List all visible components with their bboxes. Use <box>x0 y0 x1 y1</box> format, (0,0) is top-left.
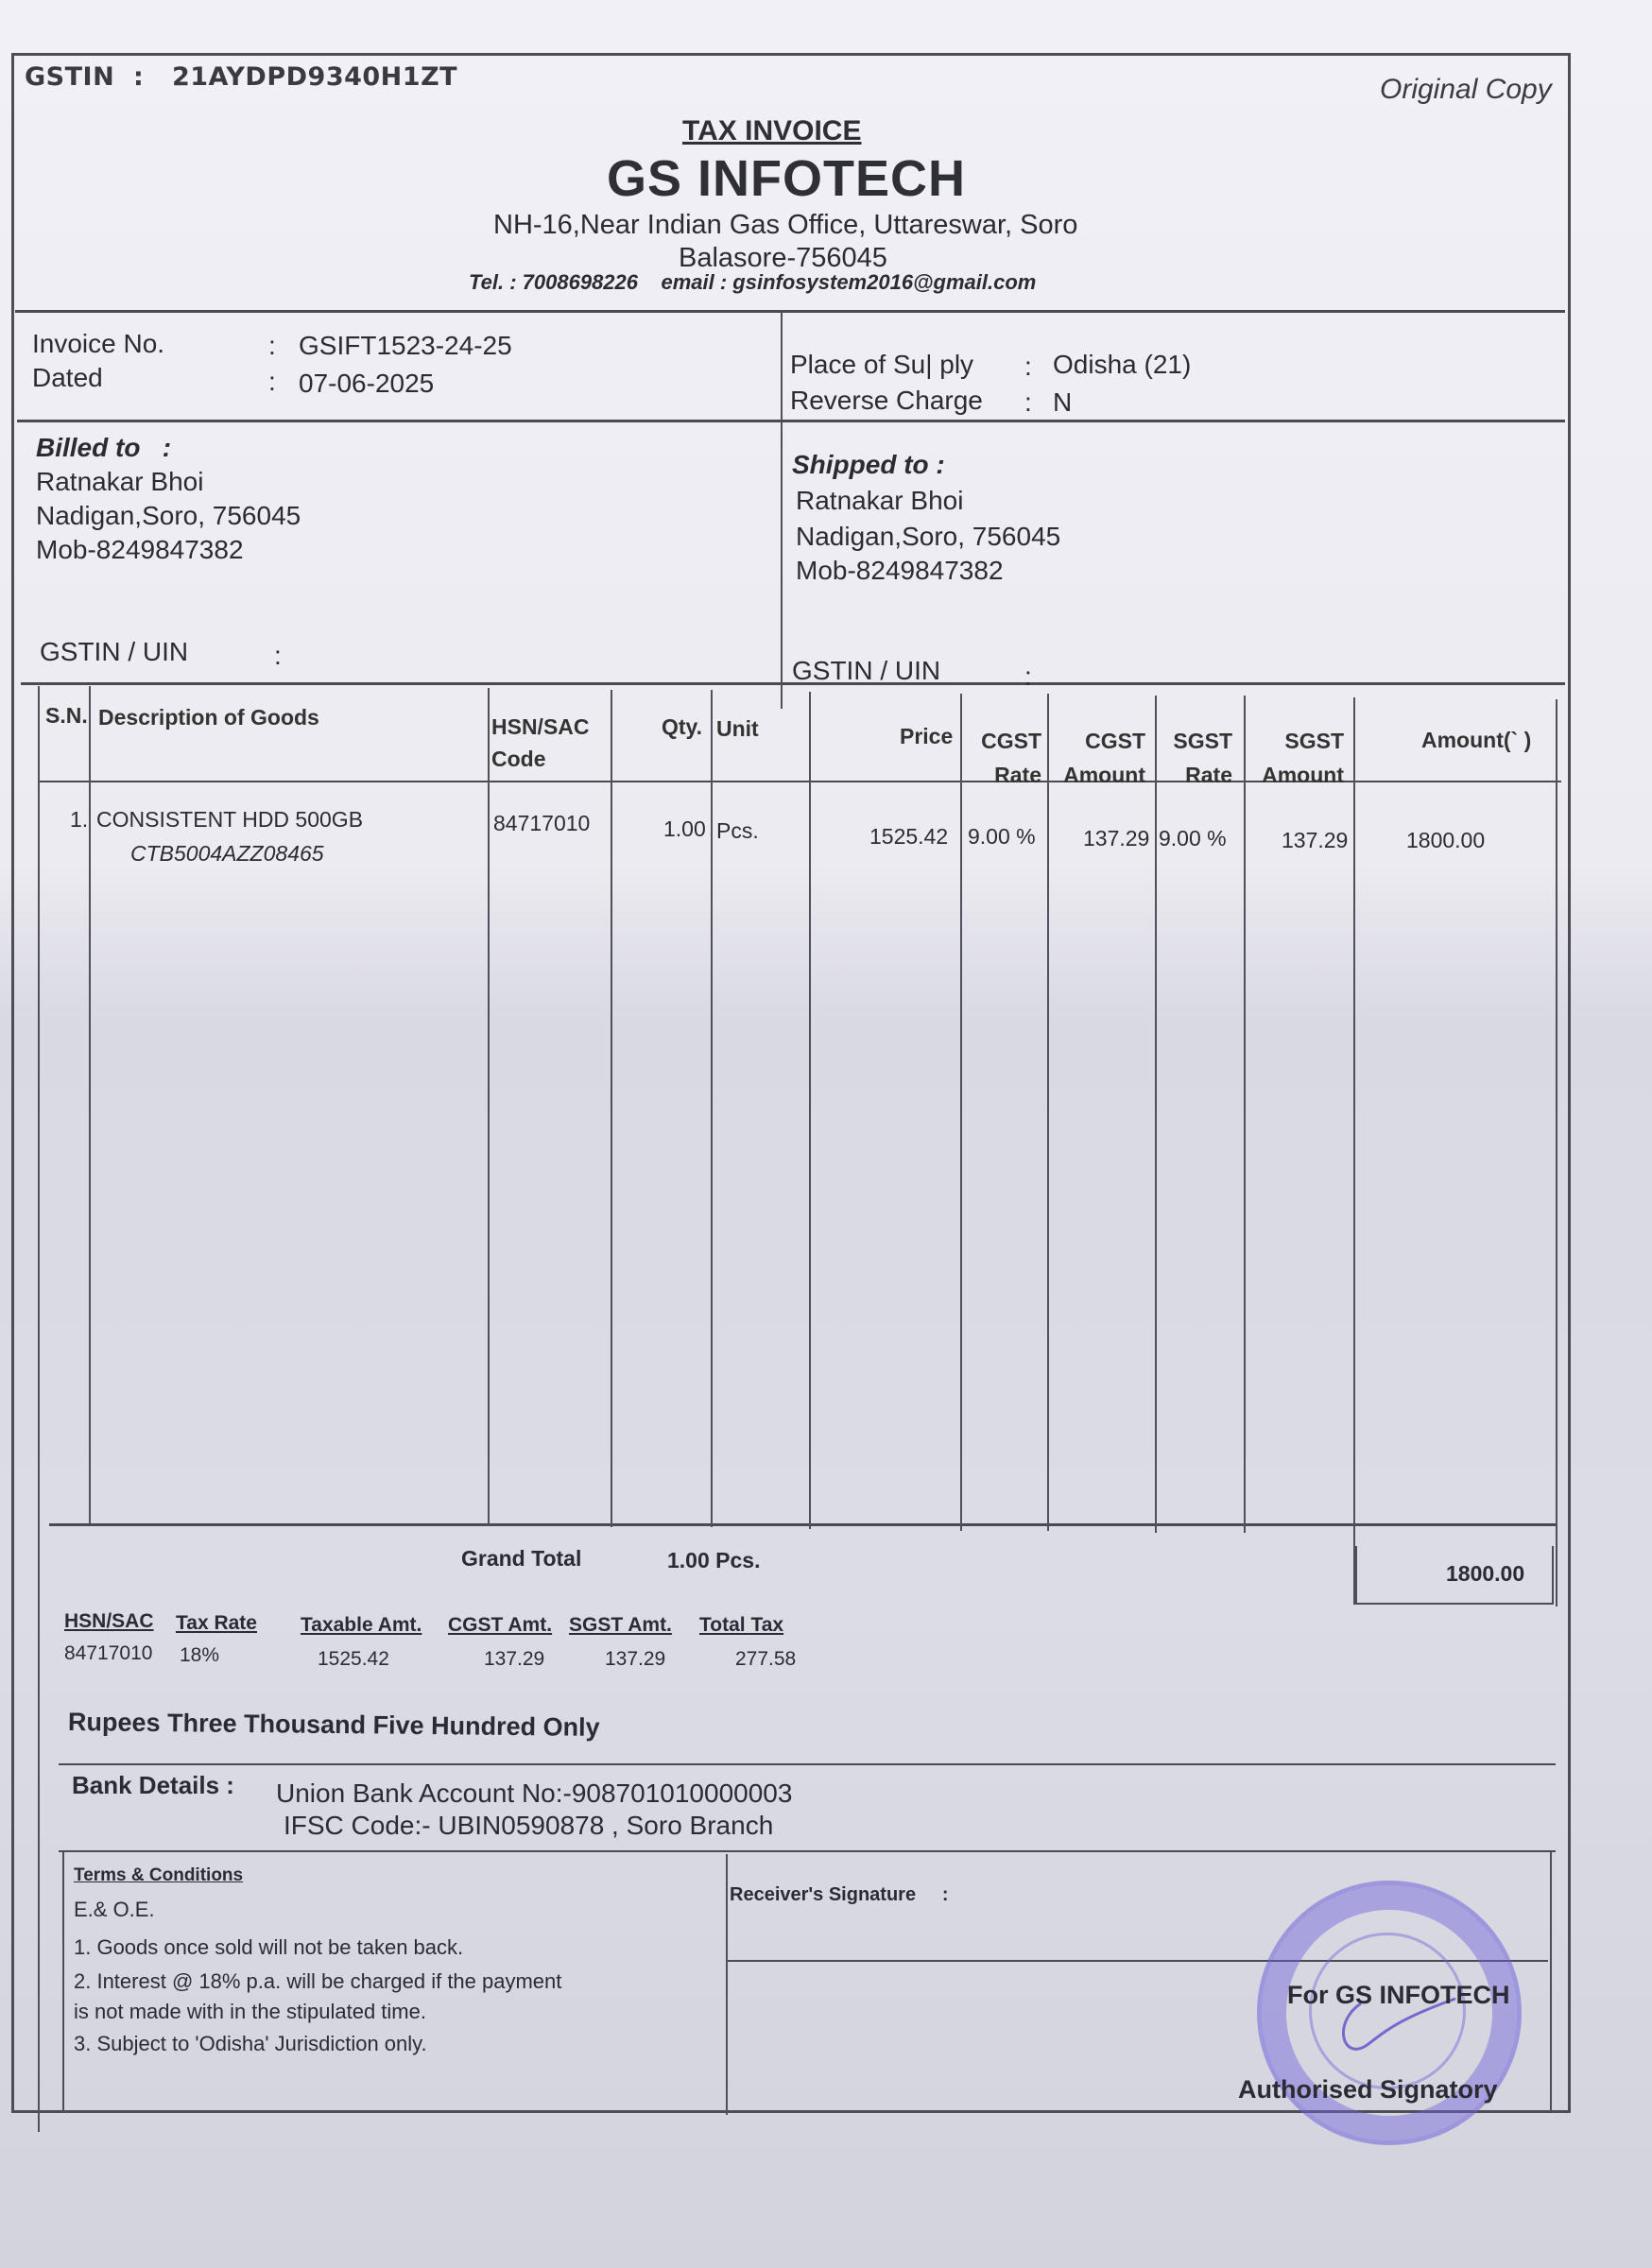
shipped-to-heading: Shipped to : <box>792 450 945 480</box>
billed-to-heading: Billed to : <box>36 433 171 463</box>
seller-gstin-value: 21AYDPD9340H1ZT <box>172 62 457 92</box>
divider <box>59 1763 1556 1765</box>
terms-item: 3. Subject to 'Odisha' Jurisdiction only… <box>74 2032 427 2056</box>
row-sgst-amount: 137.29 <box>1282 828 1348 853</box>
summary-header-total-tax: Total Tax <box>699 1614 783 1637</box>
row-qty: 1.00 <box>663 816 706 842</box>
col-sep <box>711 690 713 1527</box>
row-hsn: 84717010 <box>493 811 590 836</box>
company-contact: Tel. : 7008698226 email : gsinfosystem20… <box>469 270 1036 295</box>
colon: : <box>268 331 276 361</box>
invoice-no-value: GSIFT1523-24-25 <box>299 331 512 361</box>
col-header-sn: S.N. <box>45 703 88 729</box>
summary-taxable: 1525.42 <box>318 1648 389 1671</box>
summary-hsn: 84717010 <box>64 1642 152 1665</box>
colon: : <box>124 62 163 92</box>
divider <box>15 310 1565 313</box>
company-address-line1: NH-16,Near Indian Gas Office, Uttareswar… <box>493 210 1077 241</box>
row-sn: 1. <box>70 807 88 833</box>
billed-to-name: Ratnakar Bhoi <box>36 467 203 497</box>
col-header-sgst-rate-line2: Rate <box>1159 758 1232 792</box>
summary-sgst: 137.29 <box>605 1648 665 1671</box>
col-sep <box>1556 699 1557 1606</box>
col-header-amount: Amount(` ) <box>1421 728 1531 753</box>
col-header-cgst-amount-line2: Amount <box>1051 758 1145 792</box>
row-price: 1525.42 <box>869 824 948 850</box>
shipped-to-name: Ratnakar Bhoi <box>796 486 963 516</box>
summary-header-hsn: HSN/SAC <box>64 1610 154 1633</box>
row-cgst-rate: 9.00 % <box>968 824 1036 850</box>
col-header-hsn-line2: Code <box>491 743 590 775</box>
billed-to-gstin-label: GSTIN / UIN <box>40 637 188 667</box>
terms-item: is not made with in the stipulated time. <box>74 2000 426 2024</box>
summary-tax-rate: 18% <box>180 1644 219 1667</box>
col-sep <box>1244 696 1246 1533</box>
col-header-hsn-line1: HSN/SAC <box>491 711 590 743</box>
terms-eoe: E.& O.E. <box>74 1898 155 1922</box>
colon: : <box>1024 661 1032 692</box>
shipped-to-mobile: Mob-8249847382 <box>796 556 1004 586</box>
col-header-price: Price <box>900 724 953 749</box>
email-label: email : <box>661 270 727 294</box>
row-unit: Pcs. <box>716 818 759 844</box>
bank-ifsc: IFSC Code:- UBIN0590878 , Soro Branch <box>284 1811 773 1841</box>
terms-item: 1. Goods once sold will not be taken bac… <box>74 1935 463 1960</box>
bank-label: Bank Details <box>72 1771 219 1799</box>
col-header-unit: Unit <box>716 716 759 742</box>
col-header-sgst-amount-line1: SGST <box>1248 724 1344 758</box>
col-header-cgst-rate-line1: CGST <box>973 724 1041 758</box>
place-of-supply-value: Odisha (21) <box>1053 350 1191 380</box>
billed-to-mobile: Mob-8249847382 <box>36 535 244 565</box>
colon: : <box>1024 352 1032 382</box>
for-company: For GS INFOTECH <box>1287 1981 1510 2010</box>
terms-item: 2. Interest @ 18% p.a. will be charged i… <box>74 1969 561 1994</box>
seller-gstin-label: GSTIN <box>25 62 114 92</box>
reverse-charge-value: N <box>1053 387 1072 418</box>
grand-total-qty: 1.00 Pcs. <box>667 1548 760 1573</box>
col-sep <box>611 690 612 1527</box>
col-sep <box>1155 696 1157 1533</box>
seller-gstin: GSTIN : 21AYDPD9340H1ZT <box>25 62 457 92</box>
divider <box>781 312 783 709</box>
summary-header-taxable: Taxable Amt. <box>301 1614 422 1637</box>
col-sep <box>960 694 962 1531</box>
summary-header-cgst: CGST Amt. <box>448 1614 552 1637</box>
receiver-signature-label: Receiver's Signature : <box>730 1884 949 1906</box>
col-header-sgst-amount: SGST Amount <box>1248 724 1344 792</box>
grand-total-amount: 1800.00 <box>1446 1561 1524 1587</box>
col-header-description: Description of Goods <box>98 705 319 730</box>
summary-header-sgst: SGST Amt. <box>569 1614 672 1637</box>
col-header-cgst-amount: CGST Amount <box>1051 724 1145 792</box>
grand-total-label: Grand Total <box>461 1546 581 1572</box>
col-sep <box>1353 697 1355 1605</box>
col-sep <box>488 688 490 1525</box>
reverse-charge-label: Reverse Charge <box>790 386 983 416</box>
invoice-no-label: Invoice No. <box>32 329 164 359</box>
copy-type: Original Copy <box>1380 74 1552 106</box>
dated-label: Dated <box>32 363 103 393</box>
colon: : <box>274 641 282 671</box>
billed-to-address: Nadigan,Soro, 756045 <box>36 501 301 531</box>
col-header-cgst-amount-line1: CGST <box>1051 724 1145 758</box>
terms-heading: Terms & Conditions <box>74 1865 243 1886</box>
divider <box>17 420 1565 422</box>
summary-cgst: 137.29 <box>484 1648 544 1671</box>
place-of-supply-label: Place of Su| ply <box>790 350 973 380</box>
authorised-signatory: Authorised Signatory <box>1238 2075 1498 2105</box>
col-sep <box>38 686 40 2132</box>
company-name: GS INFOTECH <box>607 149 966 208</box>
document-title: TAX INVOICE <box>682 115 861 147</box>
shipped-to-label: Shipped to <box>792 450 929 479</box>
row-cgst-amount: 137.29 <box>1083 826 1149 851</box>
col-header-sgst-amount-line2: Amount <box>1248 758 1344 792</box>
col-sep <box>809 692 811 1529</box>
receiver-signature-text: Receiver's Signature <box>730 1884 916 1905</box>
bank-details-label: Bank Details : <box>72 1771 234 1800</box>
shipped-to-gstin-label: GSTIN / UIN <box>792 656 940 686</box>
col-header-qty: Qty. <box>662 714 702 740</box>
col-header-cgst-rate: CGST Rate <box>973 724 1041 792</box>
colon: : <box>268 367 276 397</box>
divider <box>726 1854 728 2115</box>
row-amount: 1800.00 <box>1406 828 1485 853</box>
email-link[interactable]: gsinfosystem2016@gmail.com <box>732 270 1036 294</box>
billed-to-label: Billed to <box>36 433 140 462</box>
colon: : <box>1024 387 1032 418</box>
row-sgst-rate: 9.00 % <box>1159 826 1227 851</box>
summary-total-tax: 277.58 <box>735 1648 796 1671</box>
col-sep <box>89 686 91 1523</box>
tel-value: 7008698226 <box>523 270 638 294</box>
table-bottom <box>49 1523 1556 1526</box>
col-sep <box>1047 694 1049 1531</box>
col-header-hsn: HSN/SAC Code <box>491 711 590 775</box>
amount-in-words: Rupees Three Thousand Five Hundred Only <box>68 1708 600 1743</box>
row-description: CONSISTENT HDD 500GB <box>96 807 363 833</box>
tel-label: Tel. : <box>469 270 517 294</box>
bank-account: Union Bank Account No:-908701010000003 <box>276 1778 792 1809</box>
row-serial: CTB5004AZZ08465 <box>130 841 324 867</box>
col-header-sgst-rate-line1: SGST <box>1159 724 1232 758</box>
summary-header-tax-rate: Tax Rate <box>176 1612 257 1635</box>
dated-value: 07-06-2025 <box>299 369 434 399</box>
col-header-sgst-rate: SGST Rate <box>1159 724 1232 792</box>
col-header-cgst-rate-line2: Rate <box>973 758 1041 792</box>
shipped-to-address: Nadigan,Soro, 756045 <box>796 522 1060 552</box>
